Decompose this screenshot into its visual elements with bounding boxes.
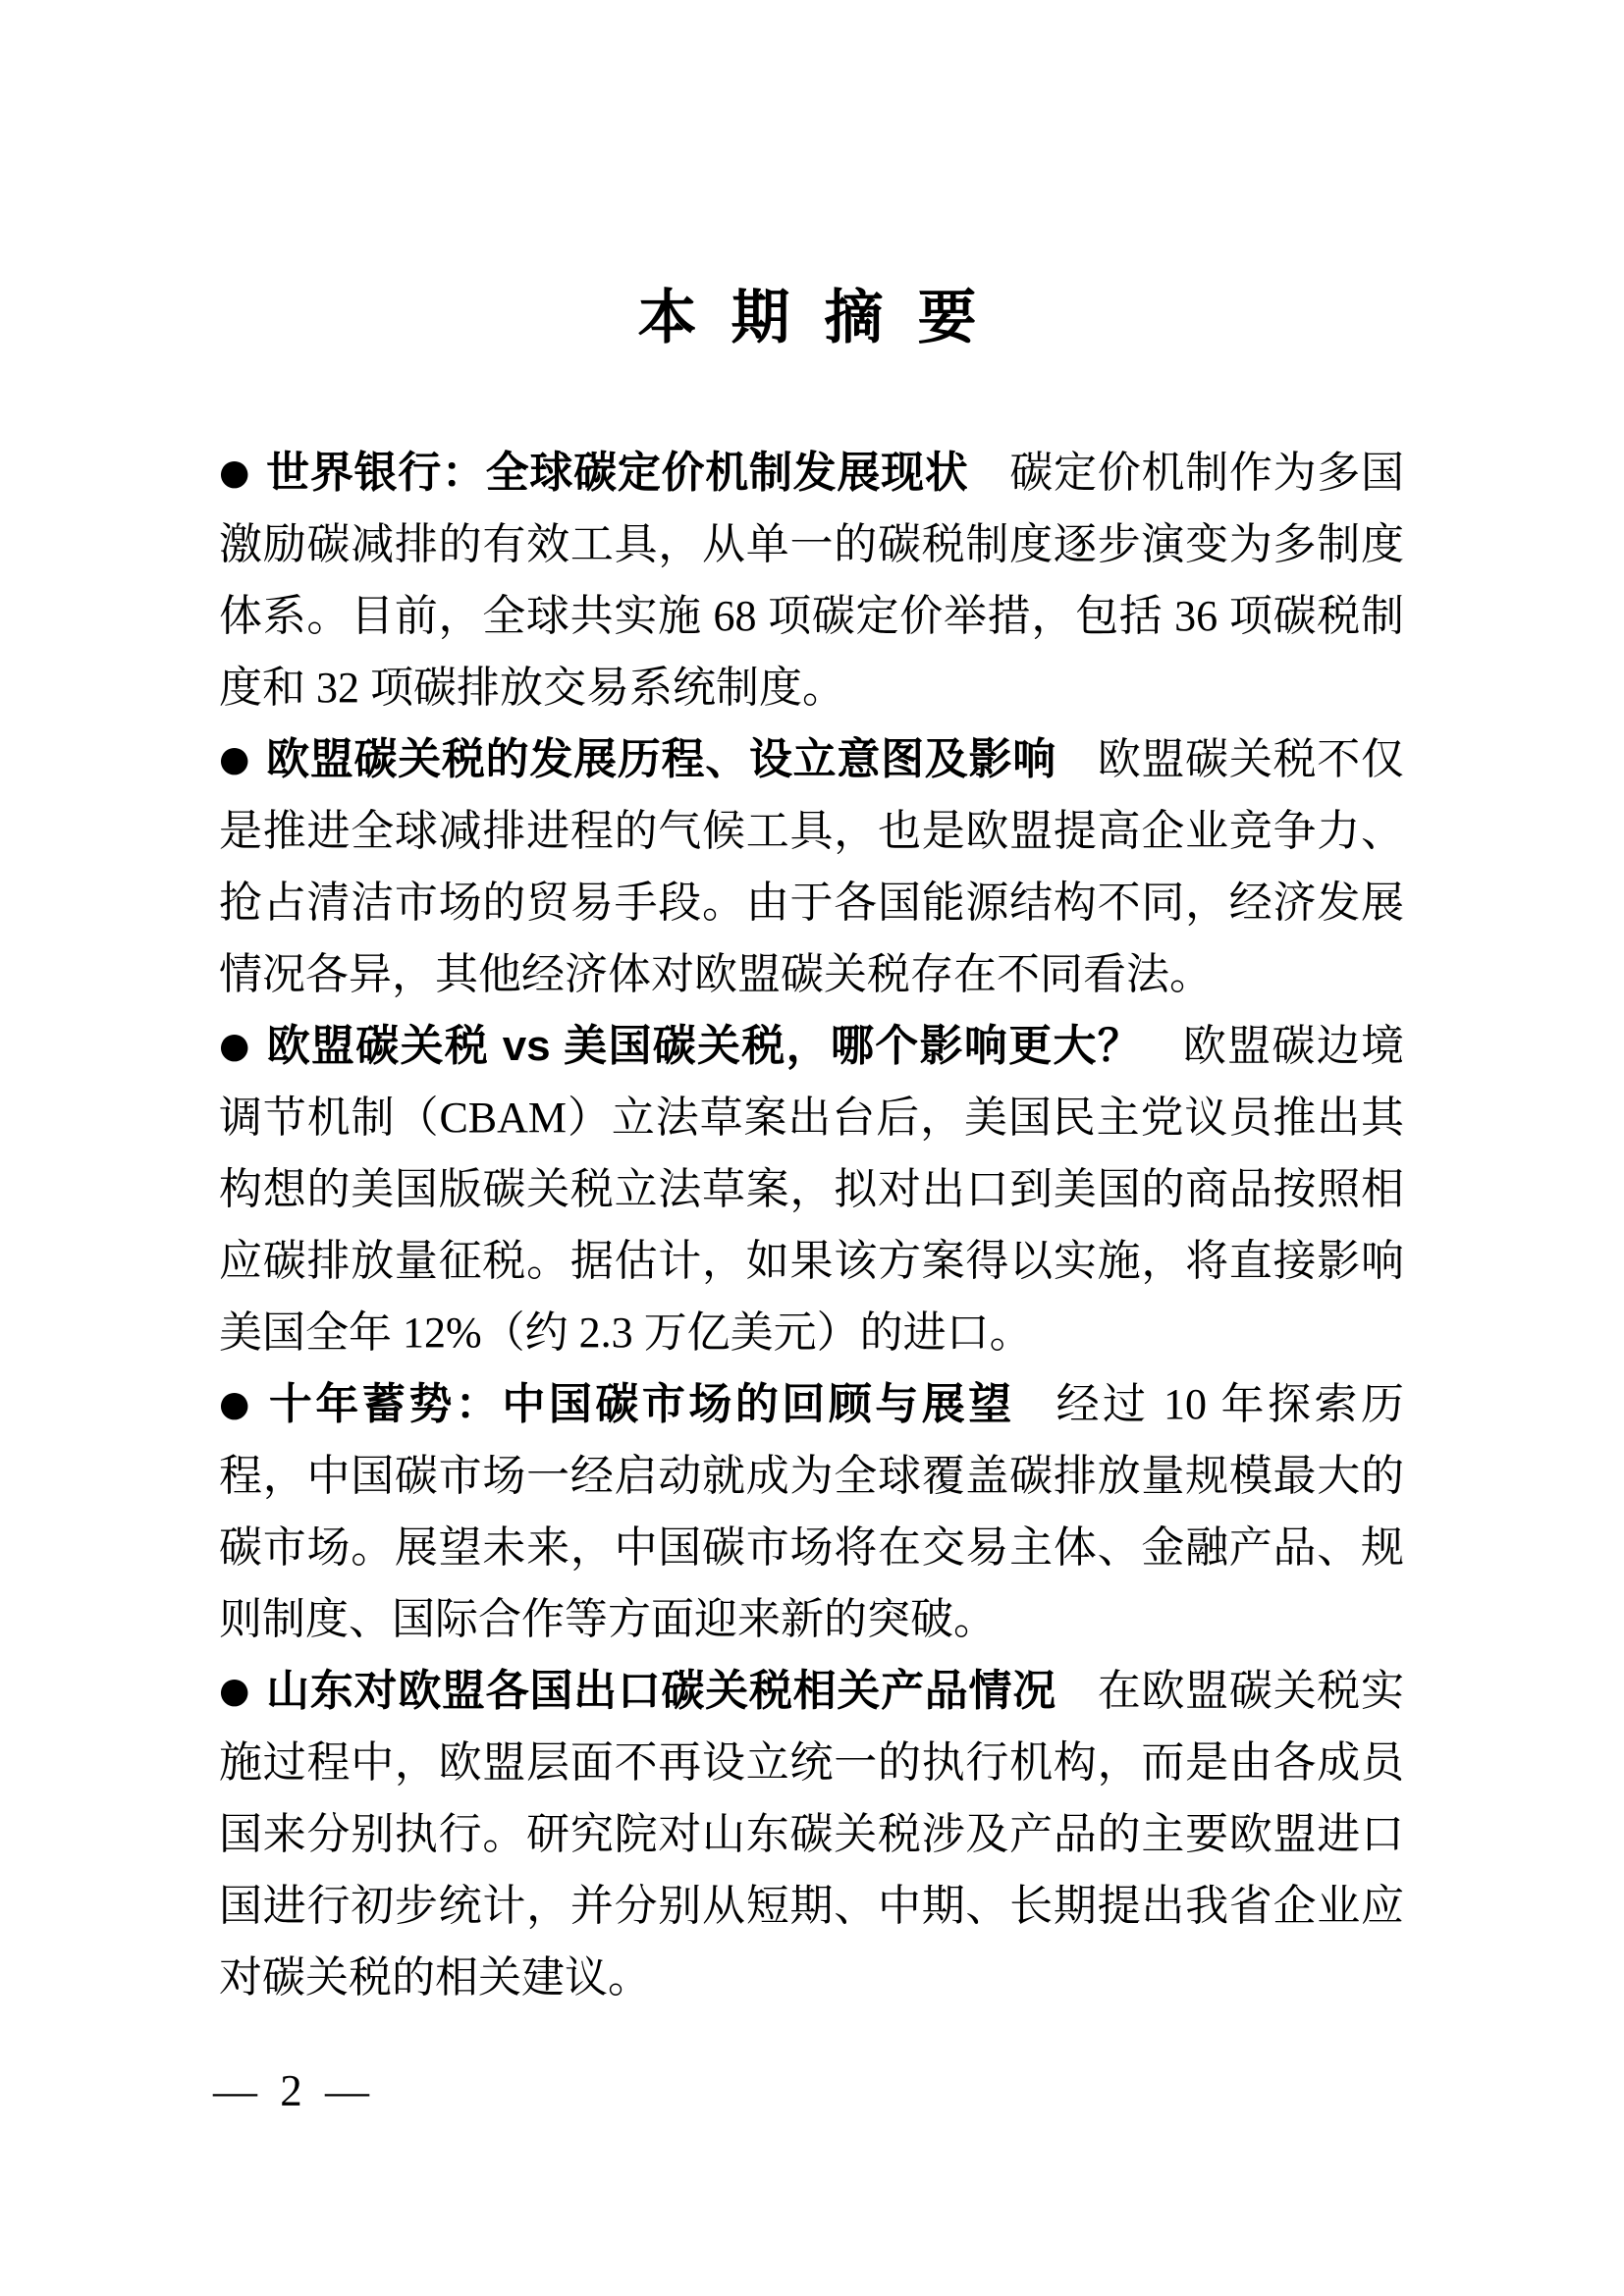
summary-item: ●欧盟碳关税 vs 美国碳关税，哪个影响更大？欧盟碳边境调节机制（CBAM）立法…: [219, 1010, 1404, 1368]
bullet-icon: ●: [219, 1026, 251, 1066]
item-heading: 山东对欧盟各国出口碳关税相关产品情况: [266, 1667, 1056, 1715]
page-title: 本 期 摘 要: [0, 0, 1624, 348]
bullet-icon: ●: [219, 453, 250, 493]
summary-list: ●世界银行：全球碳定价机制发展现状碳定价机制作为多国激励碳减排的有效工具，从单一…: [219, 437, 1404, 2013]
summary-item: ●山东对欧盟各国出口碳关税相关产品情况在欧盟碳关税实施过程中，欧盟层面不再设立统…: [219, 1655, 1404, 2013]
item-body: 在欧盟碳关税实施过程中，欧盟层面不再设立统一的执行机构，而是由各成员国来分别执行…: [219, 1667, 1404, 2002]
document-page: 本 期 摘 要 ●世界银行：全球碳定价机制发展现状碳定价机制作为多国激励碳减排的…: [0, 0, 1624, 2013]
bullet-icon: ●: [219, 739, 250, 779]
summary-item: ●欧盟碳关税的发展历程、设立意图及影响欧盟碳关税不仅是推进全球减排进程的气候工具…: [219, 723, 1404, 1010]
summary-item: ●世界银行：全球碳定价机制发展现状碳定价机制作为多国激励碳减排的有效工具，从单一…: [219, 437, 1404, 723]
item-heading: 欧盟碳关税 vs 美国碳关税，哪个影响更大？: [267, 1022, 1142, 1070]
item-heading: 十年蓄势：中国碳市场的回顾与展望: [269, 1380, 1015, 1428]
item-body: 欧盟碳边境调节机制（CBAM）立法草案出台后，美国民主党议员推出其构想的美国版碳…: [219, 1022, 1404, 1357]
item-heading: 世界银行：全球碳定价机制发展现状: [266, 449, 968, 497]
page-number: — 2 —: [213, 2061, 375, 2120]
bullet-icon: ●: [219, 1384, 253, 1424]
summary-item: ●十年蓄势：中国碳市场的回顾与展望经过 10 年探索历程，中国碳市场一经启动就成…: [219, 1368, 1404, 1655]
item-heading: 欧盟碳关税的发展历程、设立意图及影响: [266, 735, 1056, 783]
bullet-icon: ●: [219, 1671, 250, 1711]
